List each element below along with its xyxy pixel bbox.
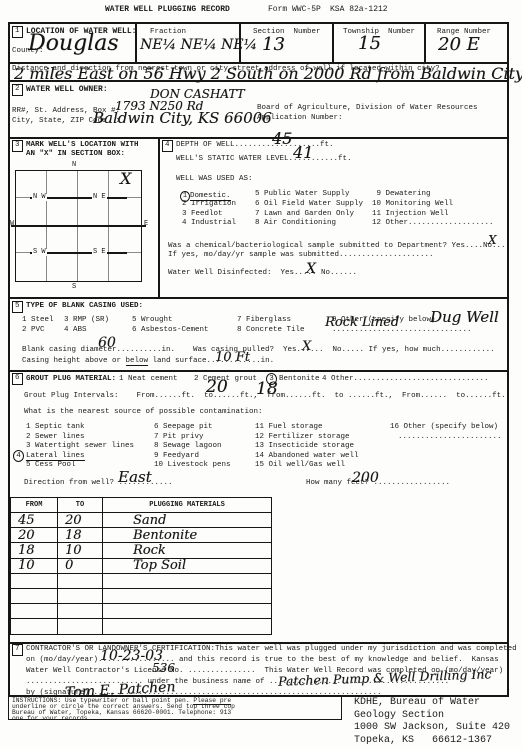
handwritten-interval-to: 18 [256, 381, 278, 398]
use-option: 6 Oil Field Water Supply [255, 201, 363, 209]
kdhe-line: 1000 SW Jackson, Suite 420 [354, 722, 510, 735]
contamination-option-other: 16 Other (specify below) [390, 424, 498, 432]
grout-option: 4 Other.............................. [322, 376, 489, 384]
use-option: 3 Feedlot [182, 211, 223, 219]
use-option: 2 Irrigation [182, 201, 236, 209]
contamination-option: 1 Septic tank [26, 424, 85, 432]
compass-north-label: N [72, 162, 76, 169]
grout-option-bentonite: Bentonite [279, 376, 320, 384]
contamination-option: 12 Fertilizer storage [255, 434, 350, 442]
contamination-question: What is the nearest source of possible c… [24, 409, 263, 417]
divider [10, 370, 507, 372]
contamination-option: 13 Insecticide storage [255, 443, 354, 451]
handwritten-section-x-mark: X [120, 171, 131, 187]
table-row [11, 573, 272, 588]
section2-number: 2 [12, 84, 23, 96]
handwritten-other-casing-2: Dug Well [430, 310, 499, 325]
contamination-option: 5 Cess Pool [26, 462, 76, 470]
col-header-from: FROM [11, 498, 58, 513]
table-row [11, 604, 272, 619]
casing-option: 2 PVC [22, 327, 45, 335]
table-row: 100Top Soil [11, 558, 272, 573]
handwritten-casing-pulled-no-x: X [302, 340, 311, 353]
handwritten-depth-value: 45 [272, 131, 292, 147]
casing-option: 5 Wrought [132, 317, 173, 325]
handwritten-owner-city: Baldwin City, KS 66006 [93, 111, 272, 126]
table-row: 4520Sand [11, 513, 272, 528]
handwritten-section-number: 13 [262, 36, 285, 54]
handwritten-chem-no-x: X [488, 234, 497, 246]
handwritten-direction-value: East [118, 470, 152, 485]
section3-number: 3 [12, 140, 23, 152]
divider [158, 137, 160, 297]
well-used-as-label: WELL WAS USED AS: [176, 176, 253, 184]
chemical-sample-question: Was a chemical/bacteriological sample su… [168, 243, 506, 251]
static-water-level-line: WELL'S STATIC WATER LEVEL...........ft. [176, 156, 352, 164]
kdhe-line: Geology Section [354, 710, 510, 723]
grid-nw-label: N W [32, 194, 47, 201]
section6-number: 6 [12, 373, 23, 385]
use-option: 9 Dewatering [372, 191, 431, 199]
divider [10, 137, 507, 139]
contamination-option: 7 Pit privy [154, 434, 204, 442]
handwritten-diameter-value: 60 [98, 336, 116, 350]
page-title: WATER WELL PLUGGING RECORD [105, 6, 230, 14]
section3-title-line2: AN "X" IN SECTION BOX: [26, 151, 125, 159]
grid-line [11, 225, 146, 227]
use-option: 4 Industrial [182, 220, 236, 228]
divider [424, 24, 426, 62]
kdhe-address-block: KDHE, Bureau of Water Geology Section 10… [354, 697, 510, 747]
use-option: 12 Other................... [372, 220, 494, 228]
instructions-line4: one for your records. [12, 716, 338, 720]
table-row [11, 619, 272, 634]
use-option: 7 Lawn and Garden Only [255, 211, 354, 219]
disinfected-question: Water Well Disinfected: Yes..... No.....… [168, 270, 357, 278]
contamination-option: 2 Sewer lines [26, 434, 85, 442]
contamination-option: 15 Oil well/Gas well [255, 462, 345, 470]
section3-title-line1: MARK WELL'S LOCATION WITH [26, 142, 139, 150]
section1-number: 1 [12, 26, 23, 38]
instructions-box: INSTRUCTIONS: Use typewriter or ball poi… [8, 695, 342, 720]
use-option: 5 Public Water Supply [255, 191, 350, 199]
handwritten-distance-direction: 2 miles East on 56 Hwy 2 South on 2000 R… [14, 66, 522, 82]
section2-title: WATER WELL OWNER: [26, 86, 108, 94]
handwritten-static-level-value: 41 [293, 145, 313, 161]
board-of-agriculture-label: Board of Agriculture, Division of Water … [257, 105, 478, 113]
grout-option: 1 Neat cement [119, 376, 178, 384]
sample-date-line: If yes, mo/day/yr sample was submitted..… [168, 252, 434, 260]
contamination-option: 10 Livestock pens [154, 462, 231, 470]
contamination-option: 14 Abandoned water well [255, 453, 359, 461]
below-underlined: below [126, 357, 149, 366]
contamination-option: 3 Watertight sewer lines [26, 443, 134, 451]
grid-sw-label: S W [32, 249, 47, 256]
col-header-materials: PLUGGING MATERIALS [103, 498, 272, 513]
fraction-label: Fraction [150, 29, 186, 37]
casing-option: 6 Asbestos-Cement [132, 327, 209, 335]
contamination-option: 8 Sewage lagoon [154, 443, 222, 451]
casing-option: 8 Concrete Tile [237, 327, 305, 335]
circled-option-4: 4 [13, 450, 24, 462]
section6-title: GROUT PLUG MATERIAL: [26, 376, 116, 384]
section5-title: TYPE OF BLANK CASING USED: [26, 303, 143, 311]
casing-option: 1 Steel [22, 317, 54, 325]
contamination-option: 11 Fuel storage [255, 424, 323, 432]
handwritten-county: Douglas [28, 33, 119, 55]
col-header-to: TO [58, 498, 103, 513]
kdhe-line: Topeka, KS 66612-1367 [354, 735, 510, 747]
contamination-option-lateral-lines: Lateral lines [26, 453, 85, 462]
divider [135, 24, 137, 62]
divider [332, 24, 334, 62]
section5-number: 5 [12, 301, 23, 313]
handwritten-other-casing-1: Rock Lined [325, 316, 399, 329]
plugging-materials-table: FROM TO PLUGGING MATERIALS 4520Sand 2018… [10, 497, 272, 635]
contamination-other-dots: ....................... [398, 434, 502, 442]
handwritten-disinfected-yes-x: X [306, 262, 316, 276]
handwritten-feet-value: 200 [352, 471, 379, 485]
casing-option: 3 RMP (SR) [64, 317, 109, 325]
table-header-row: FROM TO PLUGGING MATERIALS [11, 498, 272, 513]
compass-south-label: S [72, 284, 76, 291]
certification-line2: on (mo/day/year)................. and th… [26, 657, 499, 665]
divider [10, 297, 507, 299]
use-option: 11 Injection Well [372, 211, 449, 219]
scanned-water-well-plugging-record: WATER WELL PLUGGING RECORD Form WWC-5P K… [0, 0, 522, 747]
statute-number: KSA 82a-1212 [330, 6, 388, 14]
kdhe-line: KDHE, Bureau of Water [354, 697, 510, 710]
handwritten-range-number: 20 E [438, 36, 480, 54]
compass-east-label: E [144, 221, 148, 228]
casing-option: 4 ABS [64, 327, 87, 335]
form-number: Form WWC-5P [268, 6, 321, 14]
casing-option: 7 Fiberglass [237, 317, 291, 325]
table-row [11, 588, 272, 603]
handwritten-township-number: 15 [358, 35, 381, 53]
handwritten-interval-from: 20 [206, 379, 228, 396]
handwritten-casing-height-value: 10 Ft [215, 351, 250, 364]
grid-ne-label: N E [92, 194, 107, 201]
compass-west-label: W [10, 221, 14, 228]
table-row: 2018Bentonite [11, 528, 272, 543]
section7-number: 7 [12, 644, 23, 656]
casing-diameter-line: Blank casing diameter..........in. Was c… [22, 347, 495, 355]
table-row: 1810Rock [11, 543, 272, 558]
handwritten-fraction: NE¼ NE¼ NE¼ [140, 38, 257, 52]
grid-se-label: S E [92, 249, 107, 256]
use-option: 10 Monitoring Well [372, 201, 453, 209]
section4-number: 4 [162, 140, 173, 152]
handwritten-license-number: 536 [152, 662, 175, 674]
use-option: 8 Air Conditioning [255, 220, 336, 228]
contamination-option: 9 Feedyard [154, 453, 199, 461]
divider [10, 642, 507, 644]
contamination-option: 6 Seepage pit [154, 424, 213, 432]
